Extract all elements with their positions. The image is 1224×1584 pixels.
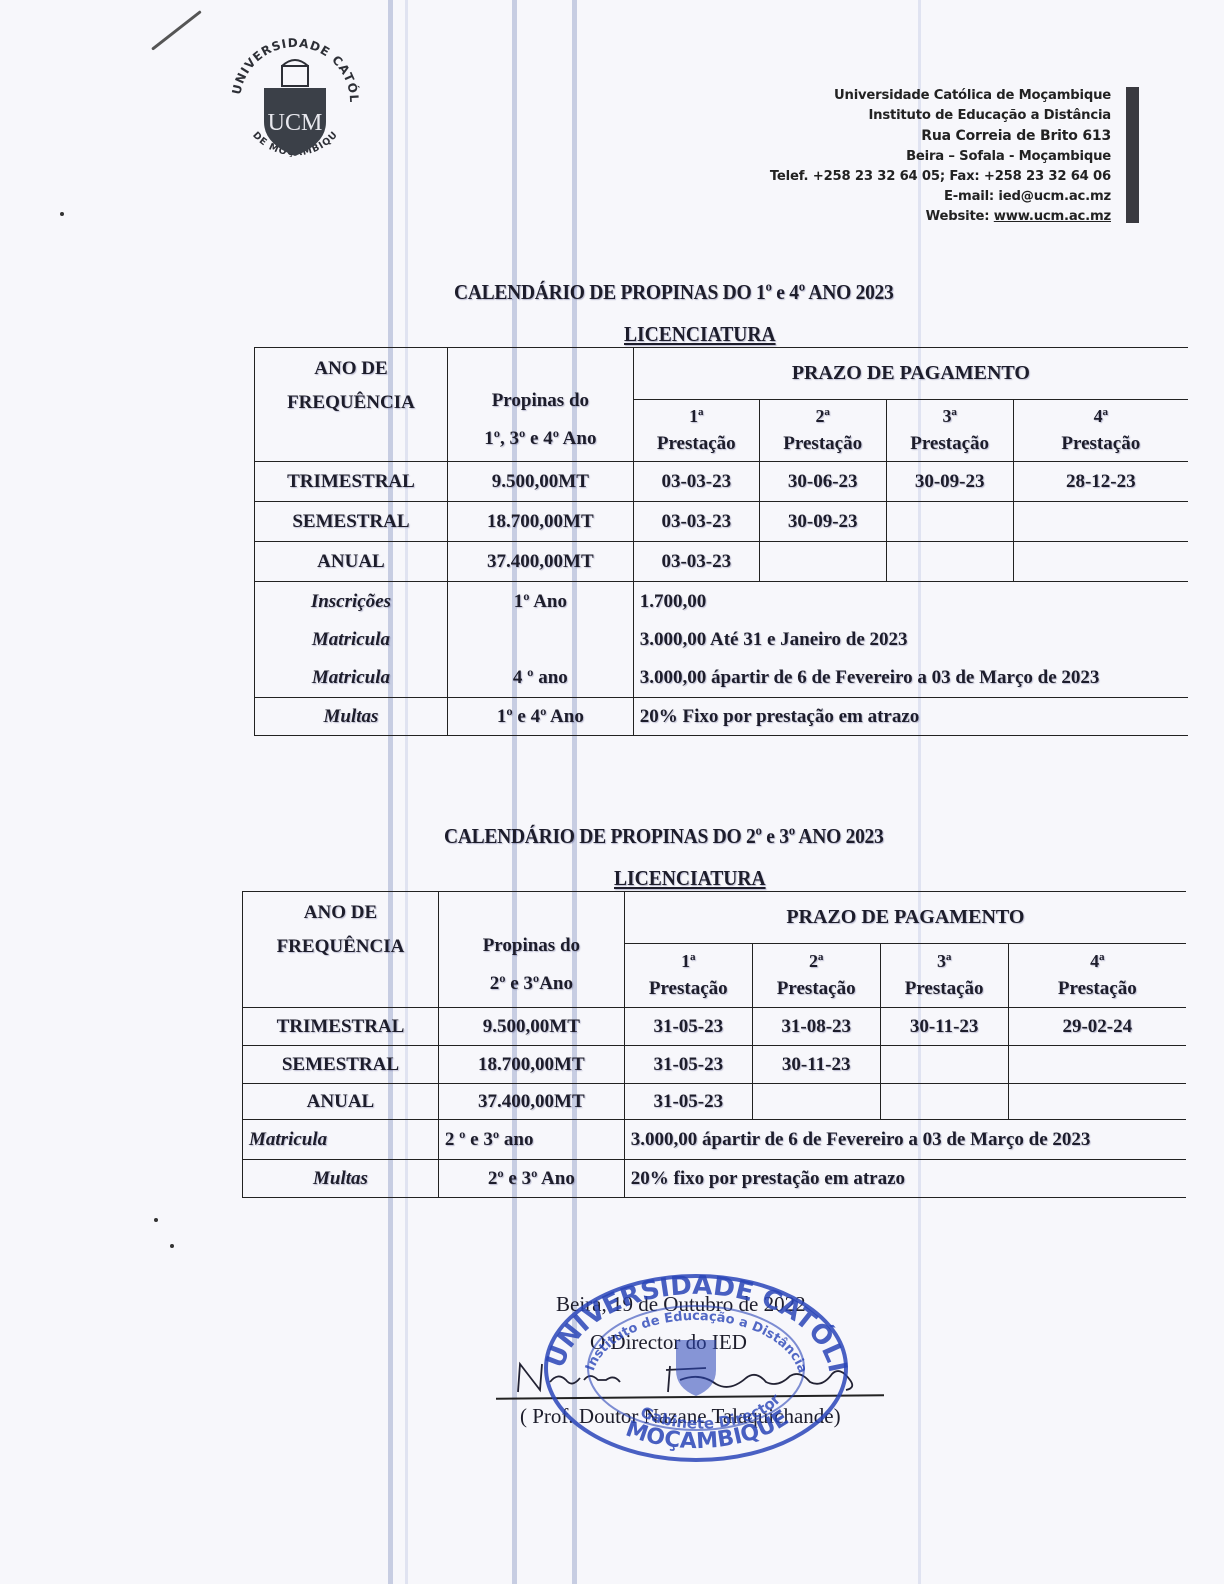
cell-date: 30-06-23 bbox=[759, 462, 886, 502]
header-installment-1: 1ªPrestação bbox=[633, 400, 759, 462]
cell-enrollment-value: 3.000,00 ápartir de 6 de Fevereiro a 03 … bbox=[624, 1120, 1186, 1160]
cell-date bbox=[886, 542, 1013, 582]
header-installment-2: 2ªPrestação bbox=[759, 400, 886, 462]
cell-fines-year: 1º e 4º Ano bbox=[447, 698, 633, 736]
cell-frequency: ANUAL bbox=[243, 1084, 439, 1120]
cell-enrollment-label: Matricula bbox=[243, 1120, 439, 1160]
scan-streak bbox=[405, 0, 408, 1584]
cell-fee: 37.400,00MT bbox=[447, 542, 633, 582]
header-prazo-pagamento: PRAZO DE PAGAMENTO bbox=[633, 348, 1188, 400]
table2-subtitle: LICENCIATURA bbox=[614, 866, 766, 891]
logo-monogram: UCM bbox=[268, 110, 323, 136]
scan-streak bbox=[512, 0, 517, 1584]
cell-date bbox=[1013, 542, 1188, 582]
cell-frequency: SEMESTRAL bbox=[243, 1046, 439, 1084]
scan-streak bbox=[918, 0, 921, 1584]
header-institute: Instituto de Educação a Distância bbox=[770, 106, 1111, 126]
cell-frequency: SEMESTRAL bbox=[255, 502, 448, 542]
header-propinas: Propinas do 1º, 3º e 4º Ano bbox=[447, 348, 633, 462]
cell-frequency: TRIMESTRAL bbox=[255, 462, 448, 502]
speck bbox=[154, 1218, 158, 1222]
cell-fee: 37.400,00MT bbox=[438, 1084, 624, 1120]
header-university: Universidade Católica de Moçambique bbox=[770, 86, 1111, 106]
university-logo: UNIVERSIDADE CATÓLICA DE MOÇAMBIQUE UCM bbox=[222, 24, 368, 170]
cell-date: 03-03-23 bbox=[633, 542, 759, 582]
header-phone: Telef. +258 23 32 64 05; Fax: +258 23 32… bbox=[770, 167, 1111, 187]
cell-enrollment-labels: Inscrições Matricula Matricula bbox=[255, 582, 448, 698]
official-stamp: UNIVERSIDADE CATÓLICA Instituto de Educa… bbox=[540, 1270, 852, 1466]
cell-date: 31-05-23 bbox=[624, 1084, 752, 1120]
pen-mark bbox=[151, 10, 202, 51]
cell-enrollment-year: 2 º e 3º ano bbox=[438, 1120, 624, 1160]
cell-fines-label: Multas bbox=[243, 1160, 439, 1198]
cell-date bbox=[1008, 1046, 1186, 1084]
header-email: E-mail: ied@ucm.ac.mz bbox=[770, 187, 1111, 207]
header-installment-4: 4ªPrestação bbox=[1013, 400, 1188, 462]
table1-title: CALENDÁRIO DE PROPINAS DO 1º e 4º ANO 20… bbox=[454, 280, 894, 305]
cell-date: 30-11-23 bbox=[752, 1046, 880, 1084]
cell-date bbox=[759, 542, 886, 582]
cell-date: 29-02-24 bbox=[1008, 1008, 1186, 1046]
cell-fines-value: 20% Fixo por prestação em atrazo bbox=[633, 698, 1188, 736]
cell-fee: 18.700,00MT bbox=[438, 1046, 624, 1084]
cell-date bbox=[880, 1084, 1008, 1120]
table2-title: CALENDÁRIO DE PROPINAS DO 2º e 3º ANO 20… bbox=[444, 824, 884, 849]
header-installment-2: 2ªPrestação bbox=[752, 944, 880, 1008]
header-installment-3: 3ªPrestação bbox=[886, 400, 1013, 462]
header-installment-1: 1ªPrestação bbox=[624, 944, 752, 1008]
header-website: Website: www.ucm.ac.mz bbox=[770, 207, 1111, 227]
header-installment-4: 4ªPrestação bbox=[1008, 944, 1186, 1008]
header-prazo-pagamento: PRAZO DE PAGAMENTO bbox=[624, 892, 1186, 944]
cell-fines-label: Multas bbox=[255, 698, 448, 736]
cell-enrollment-values: 1.700,00 3.000,00 Até 31 e Janeiro de 20… bbox=[633, 582, 1188, 698]
cell-date bbox=[1008, 1084, 1186, 1120]
header-ano-frequencia: ANO DE FREQUÊNCIA bbox=[243, 892, 439, 1008]
table-row: SEMESTRAL 18.700,00MT 03-03-23 30-09-23 bbox=[255, 502, 1189, 542]
header-installment-3: 3ªPrestação bbox=[880, 944, 1008, 1008]
table-row: ANUAL 37.400,00MT 03-03-23 bbox=[255, 542, 1189, 582]
cell-fee: 9.500,00MT bbox=[447, 462, 633, 502]
table-row: SEMESTRAL 18.700,00MT 31-05-23 30-11-23 bbox=[243, 1046, 1187, 1084]
table-row-fines: Multas 2º e 3º Ano 20% fixo por prestaçã… bbox=[243, 1160, 1187, 1198]
header-address: Rua Correia de Brito 613 bbox=[770, 126, 1111, 146]
cell-date: 03-03-23 bbox=[633, 462, 759, 502]
header-ano-frequencia: ANO DE FREQUÊNCIA bbox=[255, 348, 448, 462]
fee-table-2: ANO DE FREQUÊNCIA Propinas do 2º e 3ºAno… bbox=[242, 891, 1186, 1198]
table-row: TRIMESTRAL 9.500,00MT 03-03-23 30-06-23 … bbox=[255, 462, 1189, 502]
cell-date bbox=[886, 502, 1013, 542]
header-propinas: Propinas do 2º e 3ºAno bbox=[438, 892, 624, 1008]
cell-date bbox=[1013, 502, 1188, 542]
cell-date: 31-05-23 bbox=[624, 1046, 752, 1084]
cell-date bbox=[752, 1084, 880, 1120]
fee-table-1: ANO DE FREQUÊNCIA Propinas do 1º, 3º e 4… bbox=[254, 347, 1188, 736]
cell-frequency: TRIMESTRAL bbox=[243, 1008, 439, 1046]
cell-date: 28-12-23 bbox=[1013, 462, 1188, 502]
table-row-fines: Multas 1º e 4º Ano 20% Fixo por prestaçã… bbox=[255, 698, 1189, 736]
header-city: Beira – Sofala - Moçambique bbox=[770, 147, 1111, 167]
speck bbox=[60, 212, 64, 216]
cell-fee: 9.500,00MT bbox=[438, 1008, 624, 1046]
table-row: TRIMESTRAL 9.500,00MT 31-05-23 31-08-23 … bbox=[243, 1008, 1187, 1046]
table1-subtitle: LICENCIATURA bbox=[624, 322, 776, 347]
cell-date bbox=[880, 1046, 1008, 1084]
cell-date: 30-09-23 bbox=[886, 462, 1013, 502]
cell-fee: 18.700,00MT bbox=[447, 502, 633, 542]
cell-fines-value: 20% fixo por prestação em atrazo bbox=[624, 1160, 1186, 1198]
table-row: ANUAL 37.400,00MT 31-05-23 bbox=[243, 1084, 1187, 1120]
cell-fines-year: 2º e 3º Ano bbox=[438, 1160, 624, 1198]
speck bbox=[170, 1244, 174, 1248]
institution-header: Universidade Católica de Moçambique Inst… bbox=[770, 86, 1111, 227]
cell-date: 30-09-23 bbox=[759, 502, 886, 542]
website-link[interactable]: www.ucm.ac.mz bbox=[994, 209, 1111, 224]
cell-date: 03-03-23 bbox=[633, 502, 759, 542]
cell-frequency: ANUAL bbox=[255, 542, 448, 582]
cell-date: 31-05-23 bbox=[624, 1008, 752, 1046]
cell-date: 30-11-23 bbox=[880, 1008, 1008, 1046]
scan-streak bbox=[388, 0, 393, 1584]
header-accent-bar bbox=[1126, 87, 1139, 223]
table-row-enrollment: Inscrições Matricula Matricula 1º Ano 4 … bbox=[255, 582, 1189, 698]
table-row-enrollment: Matricula 2 º e 3º ano 3.000,00 ápartir … bbox=[243, 1120, 1187, 1160]
cell-date: 31-08-23 bbox=[752, 1008, 880, 1046]
cell-enrollment-years: 1º Ano 4 º ano bbox=[447, 582, 633, 698]
